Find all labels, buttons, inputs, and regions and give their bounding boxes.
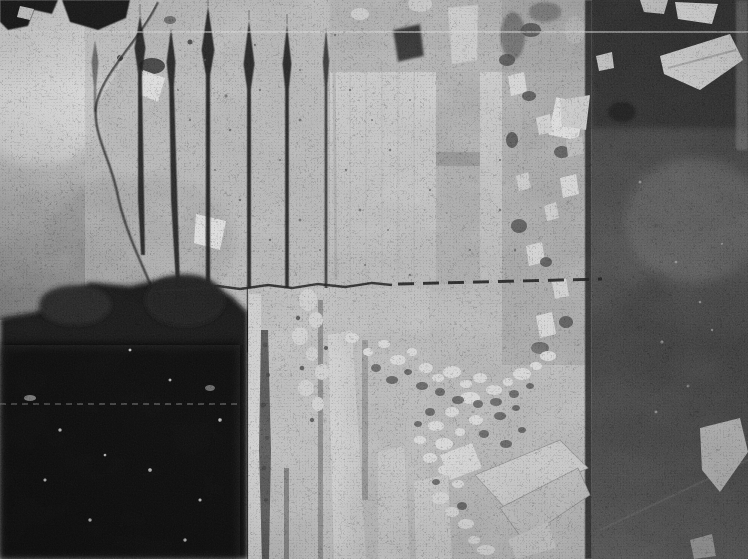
- film-grain: [0, 0, 748, 559]
- photograph: Damaged reinforced concrete surface with…: [0, 0, 748, 559]
- photo-canvas: Damaged reinforced concrete surface with…: [0, 0, 748, 559]
